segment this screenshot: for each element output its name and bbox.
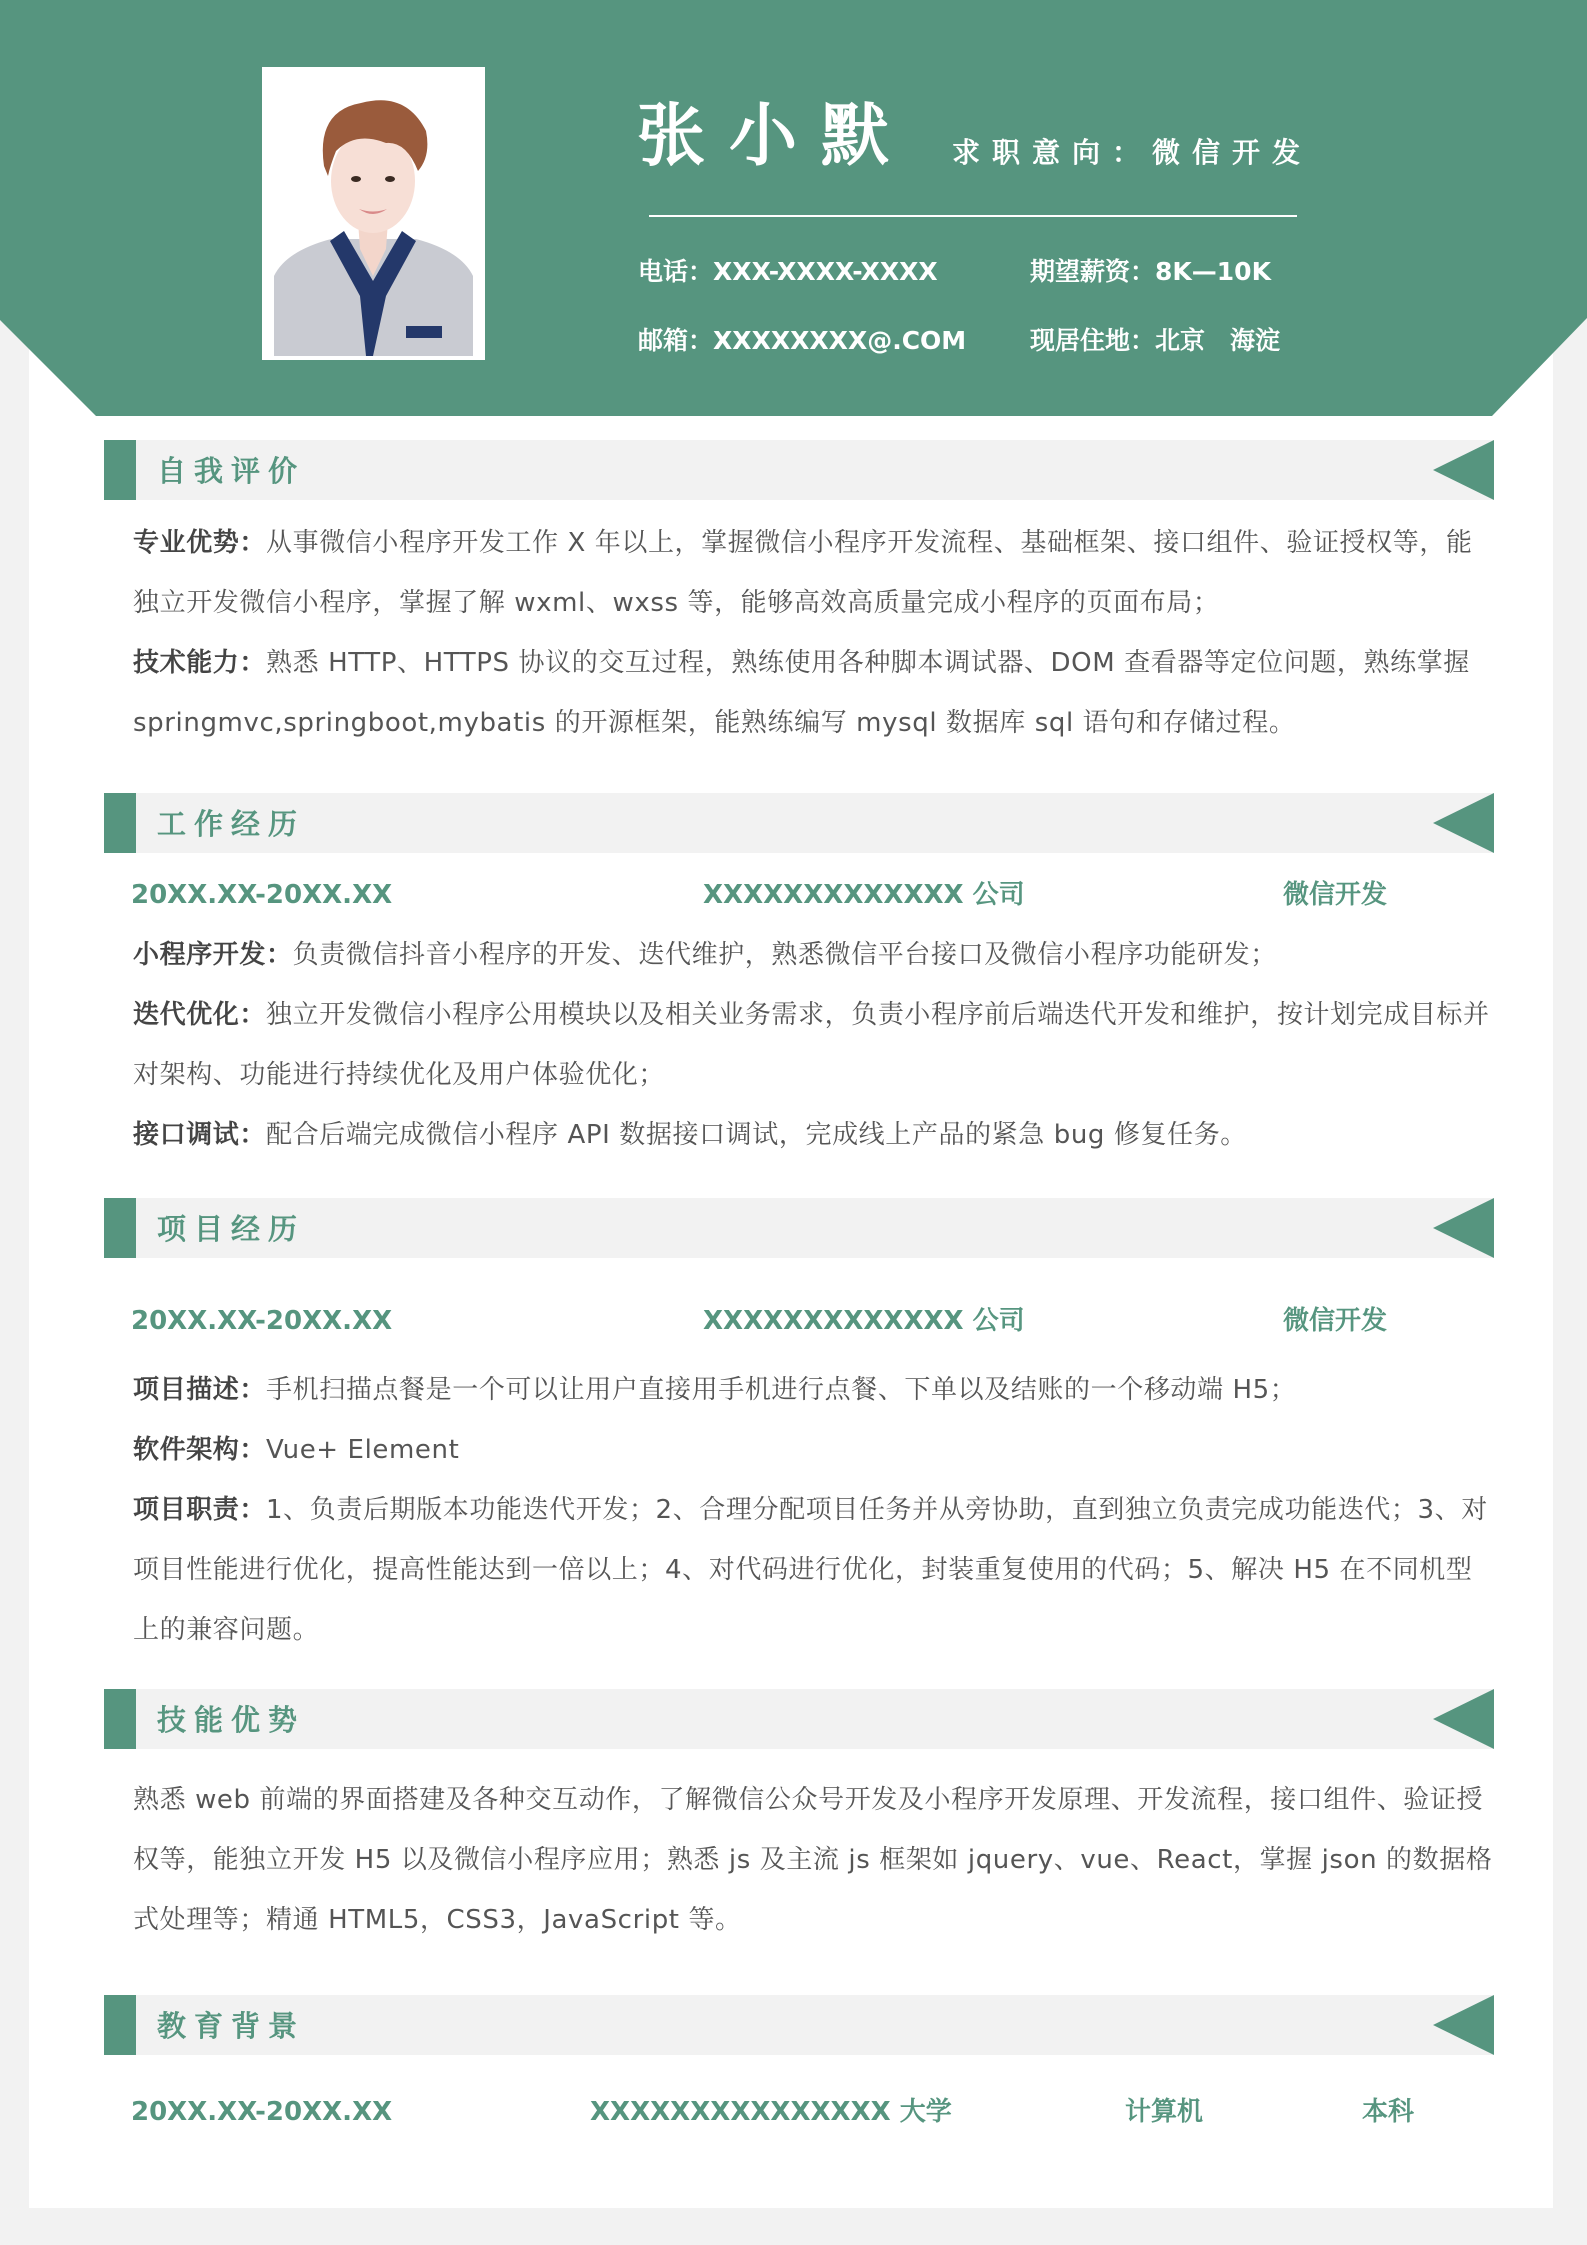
section-title: 技能优势	[157, 1689, 305, 1751]
objective-value: 微信开发	[1152, 136, 1312, 169]
item-text: 从事微信小程序开发工作 X 年以上，掌握微信小程序开发流程、基础框架、接口组件、…	[133, 528, 1473, 618]
candidate-name: 张小默	[637, 92, 913, 182]
list-item: 技术能力：熟悉 HTTP、HTTPS 协议的交互过程，熟练使用各种脚本调试器、D…	[133, 633, 1493, 753]
email: 邮箱：XXXXXXXX@.COM	[638, 323, 966, 359]
section-title: 项目经历	[157, 1198, 305, 1260]
profile-photo	[262, 67, 485, 360]
item-label: 迭代优化：	[133, 1000, 266, 1030]
item-label: 项目描述：	[133, 1375, 266, 1405]
header-divider	[649, 215, 1297, 217]
section-title: 自我评价	[157, 440, 305, 502]
section-header-education: 教育背景	[104, 1995, 1494, 2055]
self-eval-content: 专业优势：从事微信小程序开发工作 X 年以上，掌握微信小程序开发流程、基础框架、…	[133, 513, 1493, 753]
section-header-skills: 技能优势	[104, 1689, 1494, 1749]
project-company: XXXXXXXXXXXXX 公司	[703, 1303, 1025, 1339]
item-label: 接口调试：	[133, 1120, 266, 1150]
list-item: 项目职责：1、负责后期版本功能迭代开发；2、合理分配项目任务并从旁协助，直到独立…	[133, 1480, 1493, 1660]
item-text: 熟悉 HTTP、HTTPS 协议的交互过程，熟练使用各种脚本调试器、DOM 查看…	[133, 648, 1470, 738]
item-text: 独立开发微信小程序公用模块以及相关业务需求，负责小程序前后端迭代开发和维护，按计…	[133, 1000, 1490, 1090]
education-degree: 本科	[1362, 2094, 1414, 2130]
section-accent-bar	[104, 1198, 136, 1258]
item-text: 配合后端完成微信小程序 API 数据接口调试，完成线上产品的紧急 bug 修复任…	[266, 1120, 1247, 1150]
location: 现居住地：北京 海淀	[1030, 323, 1280, 359]
section-accent-bar	[104, 1995, 136, 2055]
item-label: 项目职责：	[133, 1495, 266, 1525]
avatar-illustration-icon	[266, 71, 481, 356]
project-period: 20XX.XX-20XX.XX	[131, 1303, 392, 1339]
triangle-marker-icon	[1433, 1198, 1494, 1258]
work-period: 20XX.XX-20XX.XX	[131, 877, 392, 913]
job-objective: 求职意向：微信开发	[952, 133, 1312, 173]
avatar	[266, 71, 481, 356]
phone-value: XXX-XXXX-XXXX	[713, 257, 938, 286]
email-label: 邮箱：	[638, 326, 713, 355]
project-content: 项目描述：手机扫描点餐是一个可以让用户直接用手机进行点餐、下单以及结账的一个移动…	[133, 1360, 1493, 1660]
list-item: 接口调试：配合后端完成微信小程序 API 数据接口调试，完成线上产品的紧急 bu…	[133, 1105, 1493, 1165]
section-accent-bar	[104, 793, 136, 853]
section-title: 工作经历	[157, 793, 305, 855]
item-label: 技术能力：	[133, 648, 266, 678]
work-company: XXXXXXXXXXXXX 公司	[703, 877, 1025, 913]
section-header-work: 工作经历	[104, 793, 1494, 853]
email-value: XXXXXXXX@.COM	[713, 326, 966, 355]
list-item: 专业优势：从事微信小程序开发工作 X 年以上，掌握微信小程序开发流程、基础框架、…	[133, 513, 1493, 633]
item-label: 软件架构：	[133, 1435, 266, 1465]
section-accent-bar	[104, 1689, 136, 1749]
location-label: 现居住地：	[1030, 326, 1155, 355]
skills-text: 熟悉 web 前端的界面搭建及各种交互动作，了解微信公众号开发及小程序开发原理、…	[133, 1770, 1493, 1950]
list-item: 小程序开发：负责微信抖音小程序的开发、迭代维护，熟悉微信平台接口及微信小程序功能…	[133, 925, 1493, 985]
section-title: 教育背景	[157, 1995, 305, 2057]
salary-value: 8K—10K	[1155, 257, 1271, 286]
objective-label: 求职意向：	[952, 136, 1152, 169]
expected-salary: 期望薪资：8K—10K	[1030, 254, 1271, 290]
list-item: 项目描述：手机扫描点餐是一个可以让用户直接用手机进行点餐、下单以及结账的一个移动…	[133, 1360, 1493, 1420]
skills-content: 熟悉 web 前端的界面搭建及各种交互动作，了解微信公众号开发及小程序开发原理、…	[133, 1770, 1493, 1950]
education-major: 计算机	[1125, 2094, 1203, 2130]
education-school: XXXXXXXXXXXXXXX 大学	[590, 2094, 952, 2130]
section-accent-bar	[104, 440, 136, 500]
education-period: 20XX.XX-20XX.XX	[131, 2094, 392, 2130]
triangle-marker-icon	[1433, 440, 1494, 500]
item-text: Vue+ Element	[266, 1435, 459, 1465]
phone-label: 电话：	[638, 257, 713, 286]
work-role: 微信开发	[1283, 877, 1387, 913]
item-text: 负责微信抖音小程序的开发、迭代维护，熟悉微信平台接口及微信小程序功能研发；	[293, 940, 1277, 970]
item-text: 手机扫描点餐是一个可以让用户直接用手机进行点餐、下单以及结账的一个移动端 H5；	[266, 1375, 1296, 1405]
triangle-marker-icon	[1433, 793, 1494, 853]
list-item: 软件架构：Vue+ Element	[133, 1420, 1493, 1480]
triangle-marker-icon	[1433, 1689, 1494, 1749]
section-header-project: 项目经历	[104, 1198, 1494, 1258]
work-content: 小程序开发：负责微信抖音小程序的开发、迭代维护，熟悉微信平台接口及微信小程序功能…	[133, 925, 1493, 1165]
item-label: 专业优势：	[133, 528, 266, 558]
section-header-self-eval: 自我评价	[104, 440, 1494, 500]
salary-label: 期望薪资：	[1030, 257, 1155, 286]
triangle-marker-icon	[1433, 1995, 1494, 2055]
item-label: 小程序开发：	[133, 940, 293, 970]
location-value: 北京 海淀	[1155, 326, 1280, 355]
project-role: 微信开发	[1283, 1303, 1387, 1339]
phone: 电话：XXX-XXXX-XXXX	[638, 254, 938, 290]
list-item: 迭代优化：独立开发微信小程序公用模块以及相关业务需求，负责小程序前后端迭代开发和…	[133, 985, 1493, 1105]
item-text: 1、负责后期版本功能迭代开发；2、合理分配项目任务并从旁协助，直到独立负责完成功…	[133, 1495, 1488, 1645]
